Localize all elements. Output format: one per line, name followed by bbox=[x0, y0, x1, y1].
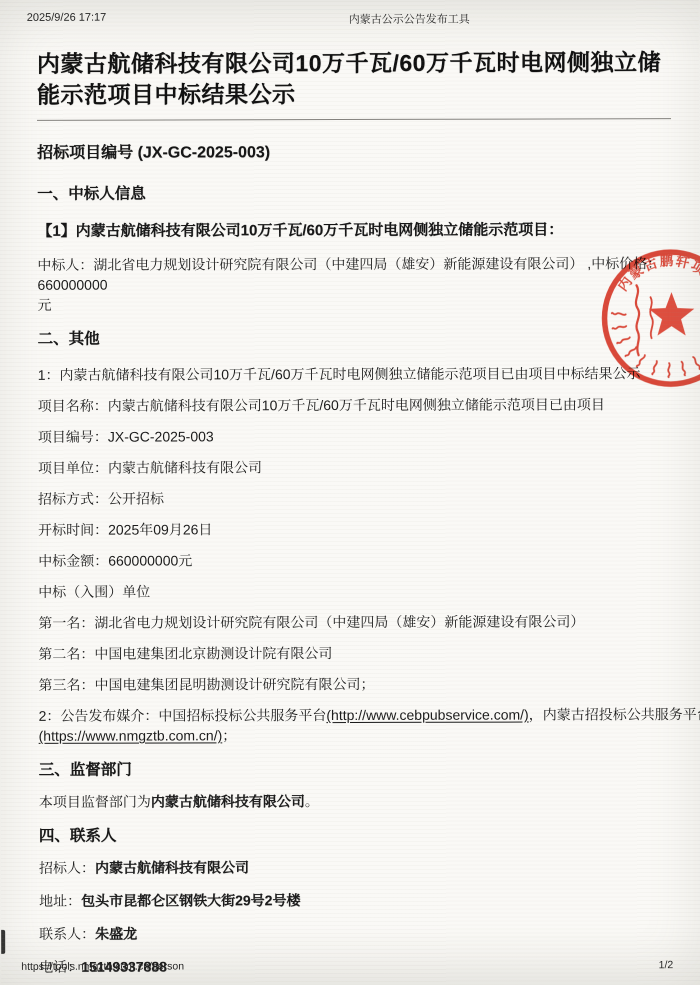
field-value: 公开招标 bbox=[108, 490, 164, 506]
field-value: 2025年09月26日 bbox=[108, 521, 212, 537]
other-item-1: 1：内蒙古航储科技有限公司10万千瓦/60万千瓦时电网侧独立储能示范项目已由项目… bbox=[38, 363, 672, 385]
section-heading-supervision: 三、监督部门 bbox=[39, 761, 673, 779]
contact-row-person: 联系人：朱盛龙 bbox=[39, 922, 673, 944]
seal-script-column bbox=[650, 297, 653, 338]
rank-row-2: 第二名：中国电建集团北京勘测设计院有限公司 bbox=[38, 642, 672, 664]
contact-row-address: 地址：包头市昆都仑区钢铁大街29号2号楼 bbox=[39, 889, 673, 911]
winner-line-tail: 元 bbox=[37, 297, 51, 313]
page-title: 内蒙古航储科技有限公司10万千瓦/60万千瓦时电网侧独立储能示范项目中标结果公示 bbox=[37, 47, 669, 111]
rank-row-1: 第一名：湖北省电力规划设计研究院有限公司（中建四局（雄安）新能源建设有限公司） bbox=[38, 611, 672, 633]
winner-line: 中标人：湖北省电力规划设计研究院有限公司（中建四局（雄安）新能源建设有限公司） … bbox=[37, 253, 671, 315]
section-heading-contacts: 四、联系人 bbox=[39, 827, 673, 845]
media-suffix: ； bbox=[222, 727, 236, 743]
cebpubservice-link[interactable]: (http://www.cebpubservice.com/) bbox=[326, 707, 528, 724]
seal-arc-text: 内蒙古鹏轩项目管 bbox=[614, 252, 700, 302]
official-seal: 内蒙古鹏轩项目管 bbox=[584, 239, 700, 409]
field-label: 开标时间： bbox=[38, 522, 108, 538]
field-row-project-code: 项目编号：JX-GC-2025-003 bbox=[38, 425, 672, 447]
contact-label: 联系人： bbox=[39, 926, 95, 942]
winner-item-title: 【1】内蒙古航储科技有限公司10万千瓦/60万千瓦时电网侧独立储能示范项目： bbox=[37, 220, 671, 242]
shortlist-heading: 中标（入围）单位 bbox=[38, 580, 672, 602]
field-label: 项目编号： bbox=[38, 429, 108, 445]
contact-label: 地址： bbox=[39, 893, 81, 909]
field-row-project-owner: 项目单位：内蒙古航储科技有限公司 bbox=[38, 456, 672, 478]
media-middle: ，内蒙古招投标公共服务平台 bbox=[529, 706, 700, 722]
contact-value: 包头市昆都仑区钢铁大街29号2号楼 bbox=[81, 892, 300, 909]
svg-text:内蒙古鹏轩项目管: 内蒙古鹏轩项目管 bbox=[614, 252, 700, 302]
title-divider bbox=[37, 118, 671, 121]
field-value: 内蒙古航储科技有限公司 bbox=[108, 459, 262, 475]
star-icon bbox=[649, 292, 695, 336]
winner-line-main: 中标人：湖北省电力规划设计研究院有限公司（中建四局（雄安）新能源建设有限公司） … bbox=[37, 255, 661, 293]
field-value: 660000000元 bbox=[108, 552, 192, 568]
nmgztb-link[interactable]: (https://www.nmgztb.com.cn/) bbox=[39, 727, 223, 743]
field-label: 项目单位： bbox=[38, 460, 108, 476]
section-heading-winner-info: 一、中标人信息 bbox=[37, 185, 671, 203]
media-prefix: 2：公告发布媒介：中国招标投标公共服务平台 bbox=[39, 707, 327, 724]
print-footer-page-number: 1/2 bbox=[659, 959, 674, 971]
seal-script-column bbox=[636, 285, 639, 355]
contact-value: 内蒙古航储科技有限公司 bbox=[95, 859, 249, 875]
section-heading-other: 二、其他 bbox=[38, 330, 672, 348]
supervision-suffix: 。 bbox=[305, 793, 319, 809]
field-row-project-name: 项目名称：内蒙古航储科技有限公司10万千瓦/60万千瓦时电网侧独立储能示范项目已… bbox=[38, 394, 672, 416]
field-row-opening-date: 开标时间：2025年09月26日 bbox=[38, 518, 672, 540]
rank-row-3: 第三名：中国电建集团昆明勘测设计研究院有限公司； bbox=[38, 673, 672, 695]
scan-edge-artifact bbox=[1, 930, 5, 954]
field-row-award-amount: 中标金额：660000000元 bbox=[38, 549, 672, 571]
supervision-prefix: 本项目监督部门为 bbox=[39, 794, 151, 810]
scanned-page: 2025/9/26 17:17 内蒙古公示公告发布工具 内蒙古航储科技有限公司1… bbox=[0, 0, 700, 985]
field-value: JX-GC-2025-003 bbox=[108, 428, 214, 444]
project-code-line: 招标项目编号 (JX-GC-2025-003) bbox=[37, 138, 671, 163]
field-label: 中标金额： bbox=[38, 553, 108, 569]
document-body: 内蒙古航储科技有限公司10万千瓦/60万千瓦时电网侧独立储能示范项目中标结果公示… bbox=[37, 0, 674, 977]
contact-label: 招标人： bbox=[39, 860, 95, 876]
field-row-bidding-method: 招标方式：公开招标 bbox=[38, 487, 672, 509]
field-label: 项目名称： bbox=[38, 398, 108, 414]
announcement-media-line: 2：公告发布媒介：中国招标投标公共服务平台(http://www.cebpubs… bbox=[39, 704, 673, 746]
supervision-line: 本项目监督部门为内蒙古航储科技有限公司。 bbox=[39, 790, 673, 812]
contact-value: 朱盛龙 bbox=[95, 926, 137, 942]
contact-row-tenderer: 招标人：内蒙古航储科技有限公司 bbox=[39, 856, 673, 878]
print-footer-url: https://tools.nmgztb.com.cn/person bbox=[21, 960, 184, 972]
supervision-department: 内蒙古航储科技有限公司 bbox=[151, 793, 305, 809]
field-value: 内蒙古航储科技有限公司10万千瓦/60万千瓦时电网侧独立储能示范项目已由项目 bbox=[108, 396, 605, 413]
field-label: 招标方式： bbox=[38, 491, 108, 507]
